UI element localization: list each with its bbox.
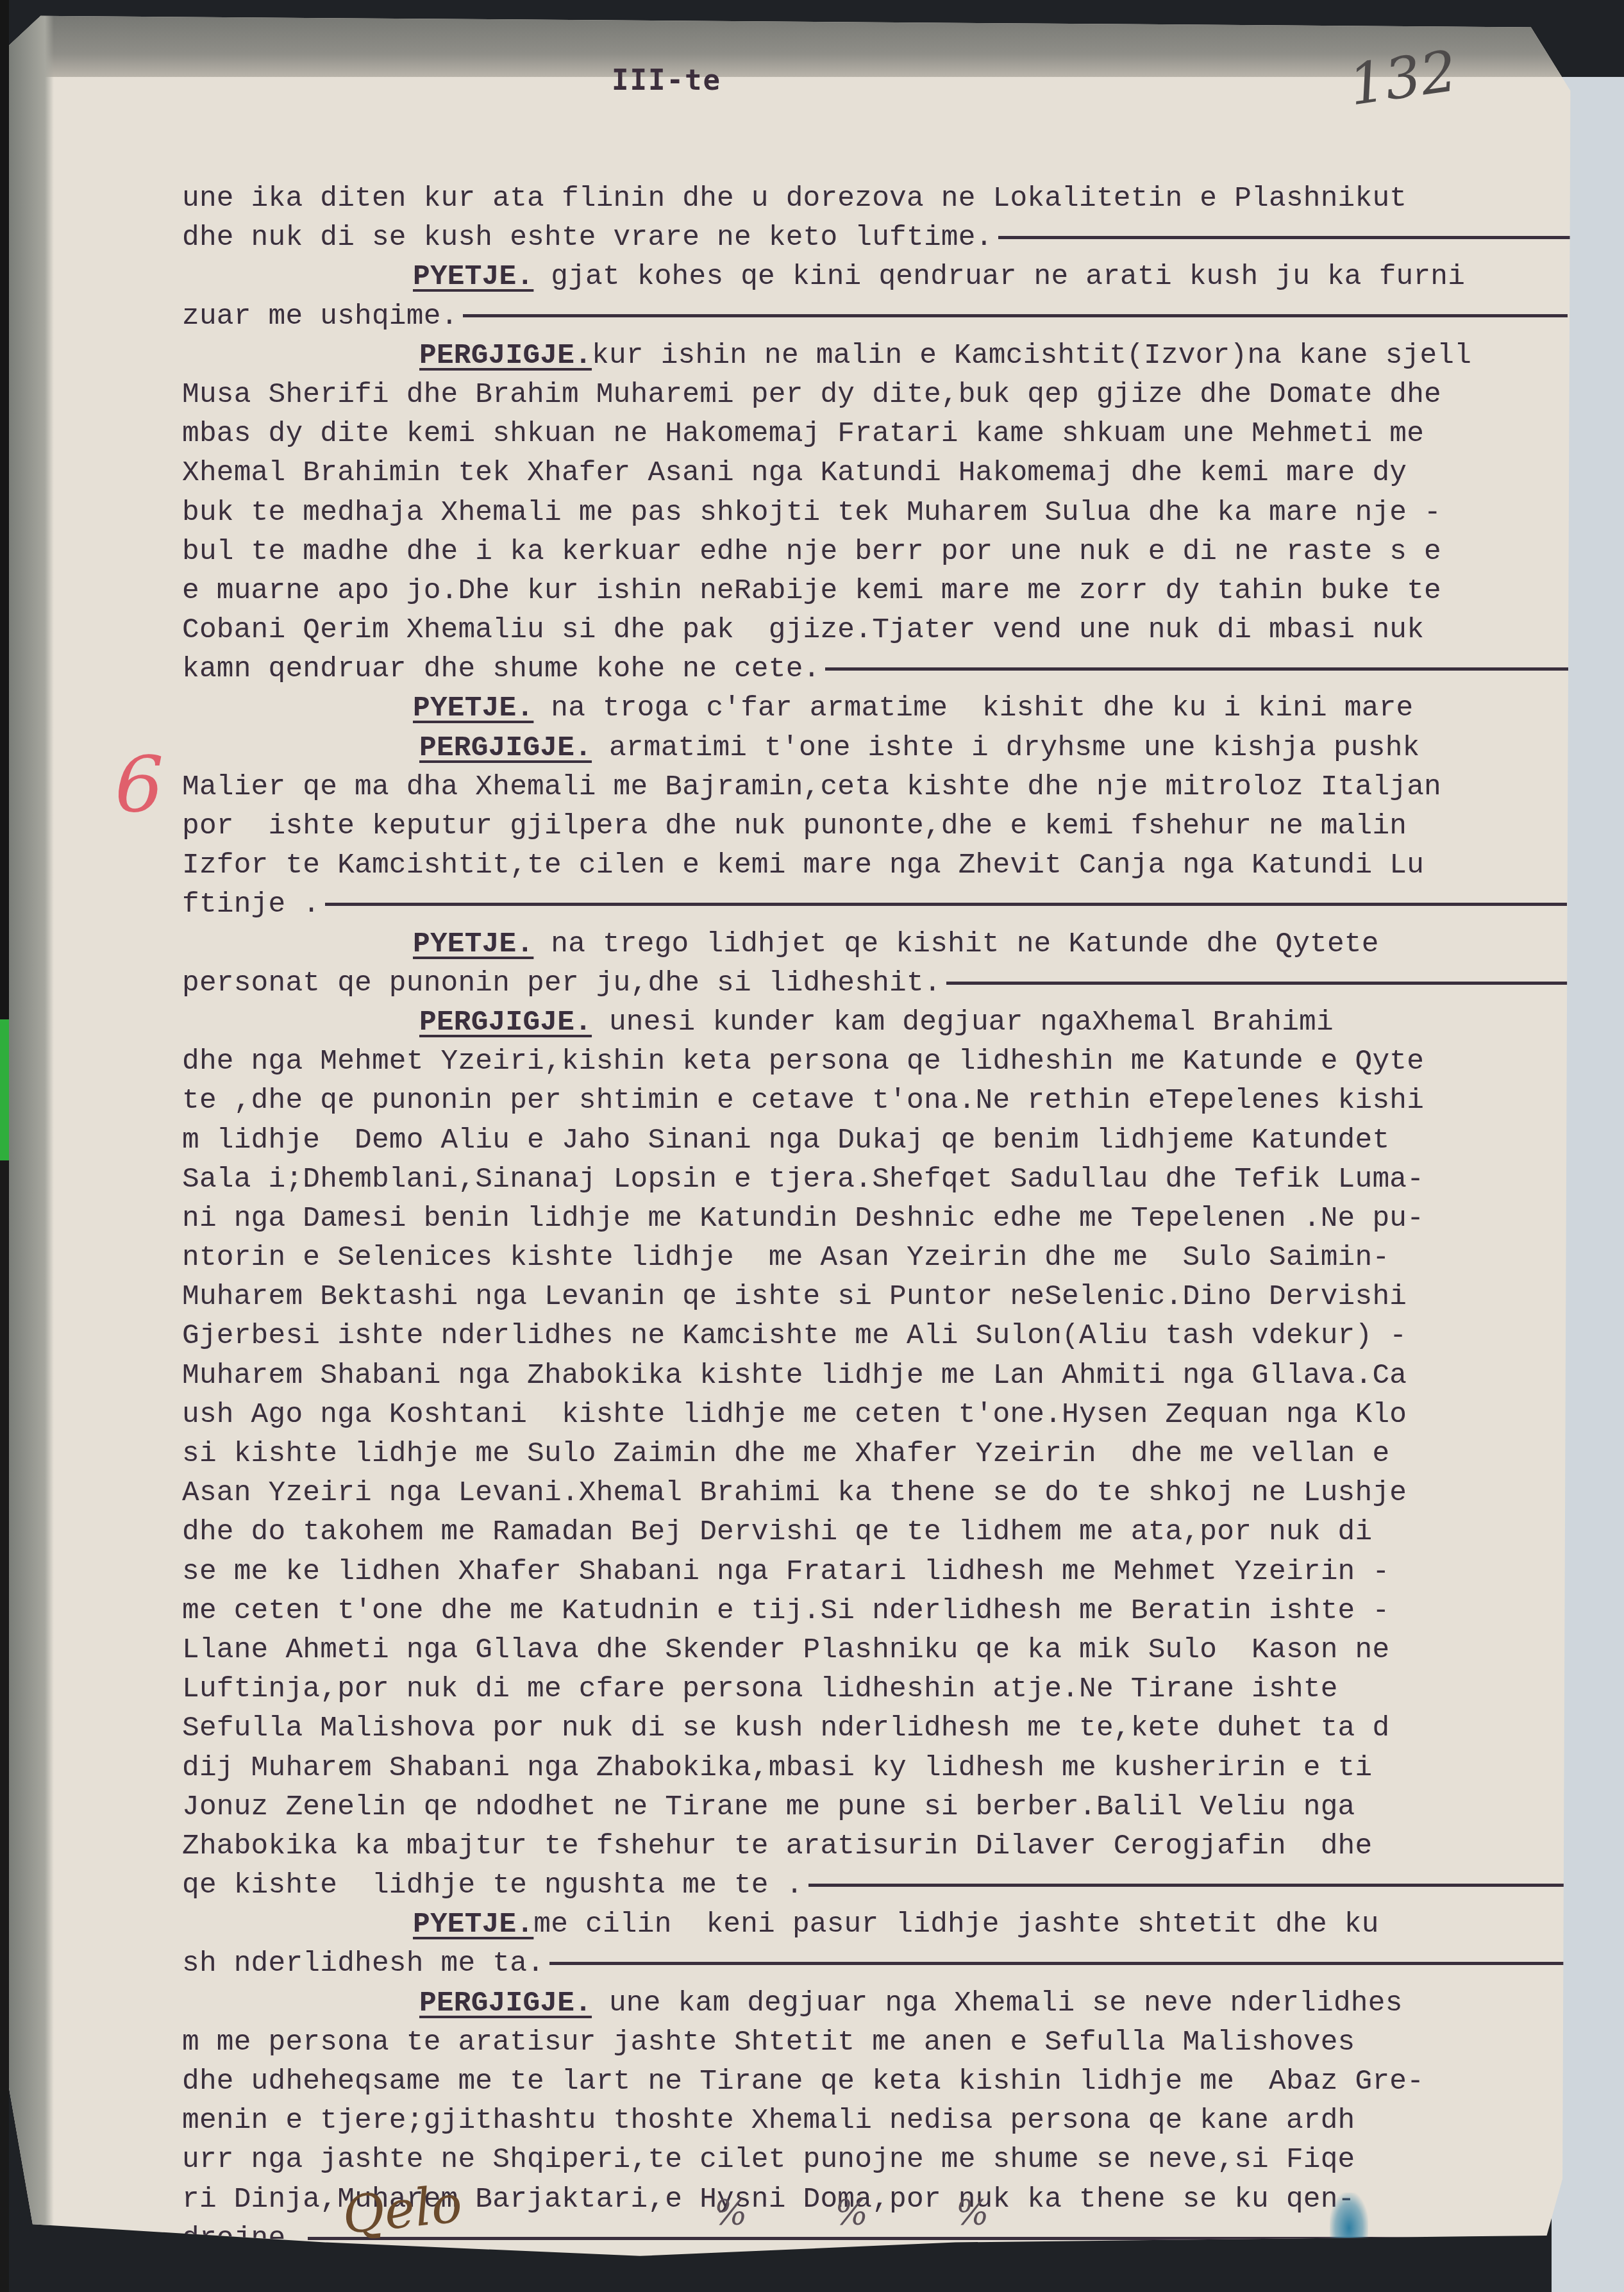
line-text: armatimi t'one ishte i dryhsme une kishj… <box>592 732 1419 764</box>
line-text: une kam degjuar nga Xhemali se neve nder… <box>592 1987 1403 2020</box>
line-text: Sala i;Dhemblani,Sinanaj Lopsin e tjera.… <box>182 1164 1424 1196</box>
line-text: Sefulla Malishova por nuk di se kush nde… <box>182 1712 1389 1744</box>
question-line: PYETJE. na trego lidhjet qe kishit ne Ka… <box>182 925 1580 964</box>
text-line: Cobani Qerim Xhemaliu si dhe pak gjize.T… <box>182 611 1580 650</box>
answer-label: PERGJIGJE. <box>419 732 592 764</box>
line-text: m me persona te aratisur jashte Shtetit … <box>182 2027 1355 2059</box>
typed-dash-rule <box>463 314 1568 317</box>
line-text: dhe nuk di se kush eshte vrare ne keto l… <box>182 222 993 254</box>
line-text: e muarne apo jo.Dhe kur ishin neRabije k… <box>182 575 1441 607</box>
line-text: unesi kunder kam degjuar ngaXhemal Brahi… <box>592 1007 1334 1039</box>
line-text: Llane Ahmeti nga Gllava dhe Skender Plas… <box>182 1634 1389 1666</box>
line-text: ntorin e Selenices kishte lidhje me Asan… <box>182 1242 1389 1274</box>
text-line: Sefulla Malishova por nuk di se kush nde… <box>182 1709 1580 1748</box>
text-line: Musa Sherifi dhe Brahim Muharemi per dy … <box>182 376 1580 415</box>
line-text: kur ishin ne malin e Kamcishtit(Izvor)na… <box>592 340 1471 372</box>
text-line: urr nga jashte ne Shqiperi,te cilet puno… <box>182 2141 1580 2180</box>
line-text: Malier qe ma dha Xhemali me Bajramin,cet… <box>182 771 1441 803</box>
line-text: Xhemal Brahimin tek Xhafer Asani nga Kat… <box>182 457 1407 489</box>
question-label: PYETJE. <box>413 692 533 724</box>
line-text: te ,dhe qe punonin per shtimin e cetave … <box>182 1085 1424 1117</box>
text-line: Muharem Bektashi nga Levanin qe ishte si… <box>182 1278 1580 1317</box>
line-text: bul te madhe dhe i ka kerkuar edhe nje b… <box>182 536 1441 568</box>
text-line: une ika diten kur ata flinin dhe u dorez… <box>182 180 1580 219</box>
line-text: ftinje . <box>182 889 320 921</box>
text-line: Gjerbesi ishte nderlidhes ne Kamcishte m… <box>182 1317 1580 1356</box>
text-line: dhe do takohem me Ramadan Bej Dervishi q… <box>182 1513 1580 1552</box>
typed-dash-rule <box>946 982 1571 985</box>
line-text: mbas dy dite kemi shkuan ne Hakomemaj Fr… <box>182 418 1424 450</box>
text-line: buk te medhaja Xhemali me pas shkojti te… <box>182 494 1580 533</box>
line-text: Izfor te Kamcishtit,te cilen e kemi mare… <box>182 849 1424 882</box>
text-line: Luftinja,por nuk di me cfare persona lid… <box>182 1670 1580 1709</box>
line-text: ni nga Damesi benin lidhje me Katundin D… <box>182 1203 1424 1235</box>
line-text: zuar me ushqime. <box>182 301 458 333</box>
typed-dash-rule <box>825 667 1570 671</box>
line-text: dij Muharem Shabani nga Zhabokika,mbasi … <box>182 1752 1372 1784</box>
text-line: dij Muharem Shabani nga Zhabokika,mbasi … <box>182 1749 1580 1788</box>
text-line: dhe nga Mehmet Yzeiri,kishin keta person… <box>182 1042 1580 1082</box>
line-text: por ishte keputur gjilpera dhe nuk punon… <box>182 810 1407 842</box>
line-text: na troga c'far armatime kishit dhe ku i … <box>533 692 1413 724</box>
line-text: sh nderlidhesh me ta. <box>182 1948 544 1980</box>
text-line: Jonuz Zenelin qe ndodhet ne Tirane me pu… <box>182 1788 1580 1827</box>
text-line: e muarne apo jo.Dhe kur ishin neRabije k… <box>182 572 1580 611</box>
typed-dash-rule <box>325 903 1566 906</box>
text-line: sh nderlidhesh me ta. <box>182 1945 1580 1984</box>
text-line: por ishte keputur gjilpera dhe nuk punon… <box>182 807 1580 846</box>
text-line: Asan Yzeiri nga Levani.Xhemal Brahimi ka… <box>182 1474 1580 1513</box>
bottom-marks: % % % <box>714 2193 1027 2233</box>
text-line: Muharem Shabani nga Zhabokika kishte lid… <box>182 1357 1580 1396</box>
answer-line: PERGJIGJE. une kam degjuar nga Xhemali s… <box>182 1984 1580 2023</box>
line-text: drojne. <box>182 2223 303 2255</box>
answer-line: PERGJIGJE.kur ishin ne malin e Kamcishti… <box>182 337 1580 376</box>
question-line: PYETJE.me cilin keni pasur lidhje jashte… <box>182 1905 1580 1945</box>
text-line: Llane Ahmeti nga Gllava dhe Skender Plas… <box>182 1631 1580 1670</box>
line-text: dhe nga Mehmet Yzeiri,kishin keta person… <box>182 1046 1424 1078</box>
line-text: Gjerbesi ishte nderlidhes ne Kamcishte m… <box>182 1320 1407 1352</box>
typed-dash-rule <box>998 236 1572 239</box>
text-line: menin e tjere;gjithashtu thoshte Xhemali… <box>182 2102 1580 2141</box>
ink-stain <box>1330 2193 1368 2263</box>
transcript-body: une ika diten kur ata flinin dhe u dorez… <box>182 180 1580 2259</box>
text-line: qe kishte lidhje te ngushta me te . <box>182 1866 1580 1905</box>
scanner-edge-strip <box>0 0 9 2292</box>
typed-document-page: III-te 132 6 une ika diten kur ata flini… <box>9 0 1586 2270</box>
typed-dash-rule <box>808 1884 1571 1887</box>
text-line: ntorin e Selenices kishte lidhje me Asan… <box>182 1239 1580 1278</box>
line-text: m lidhje Demo Aliu e Jaho Sinani nga Duk… <box>182 1125 1389 1157</box>
red-margin-mark: 6 <box>115 740 163 830</box>
text-line: dhe nuk di se kush eshte vrare ne keto l… <box>182 219 1580 258</box>
line-text: personat qe punonin per ju,dhe si lidhes… <box>182 967 941 1000</box>
question-line: PYETJE. gjat kohes qe kini qendruar ne a… <box>182 258 1580 297</box>
line-text: kamn qendruar dhe shume kohe ne cete. <box>182 653 820 685</box>
text-line: Izfor te Kamcishtit,te cilen e kemi mare… <box>182 846 1580 885</box>
question-label: PYETJE. <box>413 928 533 960</box>
line-text: na trego lidhjet qe kishit ne Katunde dh… <box>533 928 1378 960</box>
line-text: Jonuz Zenelin qe ndodhet ne Tirane me pu… <box>182 1791 1355 1823</box>
signature: Qelo <box>340 2173 465 2245</box>
answer-line: PERGJIGJE. unesi kunder kam degjuar ngaX… <box>182 1003 1580 1042</box>
folio-number: 132 <box>1345 38 1461 118</box>
line-text: Musa Sherifi dhe Brahim Muharemi per dy … <box>182 379 1441 411</box>
line-text: qe kishte lidhje te ngushta me te . <box>182 1870 803 1902</box>
text-line: m me persona te aratisur jashte Shtetit … <box>182 2023 1580 2062</box>
text-line: bul te madhe dhe i ka kerkuar edhe nje b… <box>182 533 1580 572</box>
line-text: une ika diten kur ata flinin dhe u dorez… <box>182 183 1407 215</box>
text-line: zuar me ushqime. <box>182 297 1580 337</box>
text-line: mbas dy dite kemi shkuan ne Hakomemaj Fr… <box>182 415 1580 454</box>
answer-line: PERGJIGJE. armatimi t'one ishte i dryhsm… <box>182 729 1580 768</box>
text-line: ush Ago nga Koshtani kishte lidhje me ce… <box>182 1396 1580 1435</box>
answer-label: PERGJIGJE. <box>419 1987 592 2020</box>
text-line: Xhemal Brahimin tek Xhafer Asani nga Kat… <box>182 454 1580 493</box>
page-label: III-te <box>612 64 721 97</box>
text-line: me ceten t'one dhe me Katudnin e tij.Si … <box>182 1592 1580 1631</box>
line-text: ush Ago nga Koshtani kishte lidhje me ce… <box>182 1399 1407 1431</box>
question-label: PYETJE. <box>413 261 533 293</box>
text-line: Sala i;Dhemblani,Sinanaj Lopsin e tjera.… <box>182 1160 1580 1200</box>
line-text: Cobani Qerim Xhemaliu si dhe pak gjize.T… <box>182 614 1424 646</box>
text-line: personat qe punonin per ju,dhe si lidhes… <box>182 964 1580 1003</box>
text-line: Malier qe ma dha Xhemali me Bajramin,cet… <box>182 768 1580 807</box>
line-text: urr nga jashte ne Shqiperi,te cilet puno… <box>182 2144 1355 2176</box>
line-text: dhe udheheqsame me te lart ne Tirane qe … <box>182 2066 1424 2098</box>
text-line: kamn qendruar dhe shume kohe ne cete. <box>182 650 1580 689</box>
question-label: PYETJE. <box>413 1909 533 1941</box>
line-text: si kishte lidhje me Sulo Zaimin dhe me X… <box>182 1438 1389 1470</box>
typed-dash-rule <box>549 1962 1568 1965</box>
line-text: dhe do takohem me Ramadan Bej Dervishi q… <box>182 1516 1372 1548</box>
text-line: te ,dhe qe punonin per shtimin e cetave … <box>182 1082 1580 1121</box>
text-line: si kishte lidhje me Sulo Zaimin dhe me X… <box>182 1435 1580 1474</box>
answer-label: PERGJIGJE. <box>419 1007 592 1039</box>
line-text: Zhabokika ka mbajtur te fshehur te arati… <box>182 1830 1372 1862</box>
text-line: ftinje . <box>182 885 1580 924</box>
answer-label: PERGJIGJE. <box>419 340 592 372</box>
question-line: PYETJE. na troga c'far armatime kishit d… <box>182 689 1580 728</box>
line-text: Asan Yzeiri nga Levani.Xhemal Brahimi ka… <box>182 1477 1407 1509</box>
line-text: menin e tjere;gjithashtu thoshte Xhemali… <box>182 2105 1355 2137</box>
text-line: se me ke lidhen Xhafer Shabani nga Frata… <box>182 1553 1580 1592</box>
typed-dash-rule <box>308 2237 1566 2240</box>
line-text: me cilin keni pasur lidhje jashte shteti… <box>533 1909 1378 1941</box>
line-text: Luftinja,por nuk di me cfare persona lid… <box>182 1673 1338 1705</box>
text-line: dhe udheheqsame me te lart ne Tirane qe … <box>182 2062 1580 2102</box>
text-line: Zhabokika ka mbajtur te fshehur te arati… <box>182 1827 1580 1866</box>
line-text: gjat kohes qe kini qendruar ne arati kus… <box>533 261 1465 293</box>
line-text: me ceten t'one dhe me Katudnin e tij.Si … <box>182 1595 1389 1627</box>
text-line: m lidhje Demo Aliu e Jaho Sinani nga Duk… <box>182 1121 1580 1160</box>
text-line: ni nga Damesi benin lidhje me Katundin D… <box>182 1200 1580 1239</box>
line-text: Muharem Shabani nga Zhabokika kishte lid… <box>182 1360 1407 1392</box>
line-text: Muharem Bektashi nga Levanin qe ishte si… <box>182 1281 1407 1313</box>
line-text: buk te medhaja Xhemali me pas shkojti te… <box>182 497 1441 529</box>
line-text: se me ke lidhen Xhafer Shabani nga Frata… <box>182 1556 1389 1588</box>
